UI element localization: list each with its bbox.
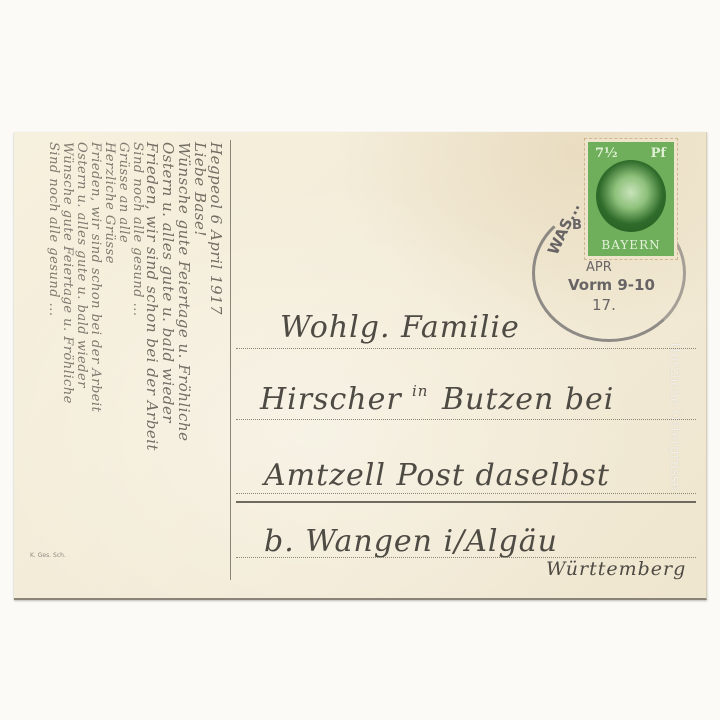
- king-portrait-icon: [596, 160, 666, 232]
- message-line: Hegpeol 6 April 1917: [208, 142, 224, 590]
- postcard: Hegpeol 6 April 1917 Liebe Base! Wünsche…: [14, 132, 707, 600]
- address-line-4: b. Wangen i/Algäu: [264, 524, 558, 559]
- address-line-2-place: Butzen bei: [442, 382, 614, 417]
- postmark-year: 17.: [592, 296, 616, 314]
- margin-line: Herzliche Grüsse: [102, 142, 116, 590]
- message-line: Ostern u. alles gute u. bald wieder: [74, 142, 88, 590]
- address-line-1: Wohlg. Familie: [280, 310, 520, 345]
- postmark-time: Vorm 9-10: [568, 276, 655, 294]
- message-line: Liebe Base!: [192, 142, 208, 590]
- message-line: Ostern u. alles gute u. bald wieder: [160, 142, 176, 590]
- postmark-month: APR: [586, 260, 612, 275]
- message-line: Wünsche gute Feiertage u. Fröhliche: [176, 142, 192, 590]
- stamp-value: 7½: [595, 146, 618, 161]
- message-line: Wünsche gute Feiertage u. Fröhliche: [60, 142, 74, 590]
- address-line-5: Württemberg: [546, 558, 686, 580]
- message-area: Hegpeol 6 April 1917 Liebe Base! Wünsche…: [22, 136, 228, 596]
- stamp-country: BAYERN: [588, 238, 674, 252]
- handwritten-message: Hegpeol 6 April 1917 Liebe Base! Wünsche…: [22, 136, 228, 596]
- address-rule: [236, 493, 696, 494]
- message-line: Frieden, wir sind schon bei der Arbeit: [88, 142, 102, 590]
- address-line-2-in: in: [412, 382, 428, 400]
- message-line: Frieden, wir sind schon bei der Arbeit: [144, 142, 160, 590]
- embossed-greeting: Herzliche Ostergrüsse: [667, 342, 682, 490]
- address-rule: [236, 419, 696, 420]
- stamp-unit: Pf: [651, 146, 666, 161]
- postage-stamp: 7½ Pf BAYERN: [588, 142, 674, 256]
- address-line-2-name: Hirscher: [260, 382, 402, 417]
- divider-line: [230, 140, 231, 580]
- postmark-region: B: [572, 218, 582, 233]
- address-rule: [236, 348, 696, 349]
- message-line: Sind noch alle gesund ...: [46, 142, 60, 590]
- publisher-imprint: K. Ges. Sch.: [30, 552, 66, 559]
- margin-line: Grüsse an alle: [116, 142, 130, 590]
- address-solid-rule: [236, 501, 696, 503]
- address-line-3: Amtzell Post daselbst: [264, 458, 610, 493]
- message-line: Sind noch alle gesund ...: [130, 142, 144, 590]
